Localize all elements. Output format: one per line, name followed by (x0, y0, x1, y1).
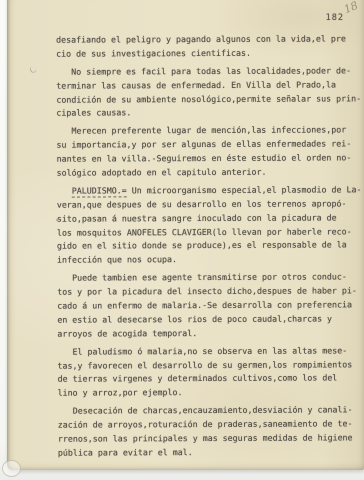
text-line: en estio al desecarse los rios de poco c… (57, 312, 359, 327)
text-line: El paludismo ó malaria,no se observa en … (57, 344, 359, 359)
text-line: su importancia,y por ser algunas de ella… (57, 138, 359, 153)
text-line: infección que nos ocupa. (57, 253, 359, 268)
text-line: cado á un enfermo de malaria.-Se desarro… (57, 298, 359, 313)
text-line: arroyos de acogida temporal. (57, 326, 359, 341)
paragraph: Merecen preferente lugar de mención,las … (56, 124, 358, 181)
paragraph: Puede tambien ese agente transmitirse po… (57, 271, 359, 342)
text-line: cio de sus investigaciones cientificas. (56, 46, 358, 61)
typewritten-text: desafiando el peligro y pagando algunos … (56, 32, 360, 464)
paragraph: El paludismo ó malaria,no se observa en … (57, 344, 359, 401)
text-line: desafiando el peligro y pagando algunos … (56, 32, 358, 47)
text-line: zación de arroyos,roturación de praderas… (58, 417, 360, 432)
text-line: lino y arroz,por ejemplo. (58, 386, 360, 401)
text-line: tas,y favorecen el desarrollo de su germ… (57, 358, 359, 373)
paragraph: No siempre es facil para todas las local… (56, 64, 358, 121)
paragraph: desafiando el peligro y pagando algunos … (56, 32, 358, 61)
text-line: Merecen preferente lugar de mención,las … (56, 124, 358, 139)
text-line: Puede tambien ese agente transmitirse po… (57, 271, 359, 286)
text-line: sológico adoptado en el capitulo anterio… (57, 165, 359, 180)
typed-page-number: 182 (326, 13, 344, 23)
paludismo-heading-line: PALUDISMO.= Un microorganismo especial,e… (57, 183, 359, 198)
text-line: de tierras virgenes y determinados culti… (58, 372, 360, 387)
text-line: terminar las causas de enfermedad. En Vi… (56, 78, 358, 93)
paragraph: Desecación de charcas,encauzamiento,desv… (58, 404, 360, 461)
text-line: nantes en la villa.-Seguiremos en éste e… (57, 151, 359, 166)
text-line: condición de su ambiente nosológico,perm… (56, 92, 358, 107)
paludismo-heading-rest: Un microorganismo especial,el plasmodio … (127, 184, 362, 195)
paragraph-paludismo: PALUDISMO.= Un microorganismo especial,e… (57, 183, 359, 268)
text-line: Desecación de charcas,encauzamiento,desv… (58, 404, 360, 419)
paper-sheet: 18 182 desafiando el peligro y pagando a… (7, 0, 364, 470)
text-line: rrenos,son las principales y mas seguras… (58, 431, 360, 446)
punch-hole-mark (2, 460, 21, 477)
text-line: No siempre es facil para todas las local… (56, 64, 358, 79)
text-line: gido en el sitio donde se produce),es el… (57, 239, 359, 254)
handwritten-page-number: 18 (342, 0, 360, 16)
text-line: cipales causas. (56, 106, 358, 121)
text-line: los mosquitos ANOFELES CLAVIGER(lo lleva… (57, 225, 359, 240)
text-line: tos y por la picadura del insecto dicho,… (57, 284, 359, 299)
scanned-page: 18 182 desafiando el peligro y pagando a… (0, 0, 364, 480)
text-line: pública para evitar el mal. (58, 445, 360, 460)
text-line: sito,pasan á nuestra sangre inoculado co… (57, 211, 359, 226)
text-line: veran,que despues de su desarrollo en lo… (57, 197, 359, 212)
ink-smudge-mark (29, 65, 38, 74)
paludismo-heading: PALUDISMO.= (72, 185, 127, 197)
